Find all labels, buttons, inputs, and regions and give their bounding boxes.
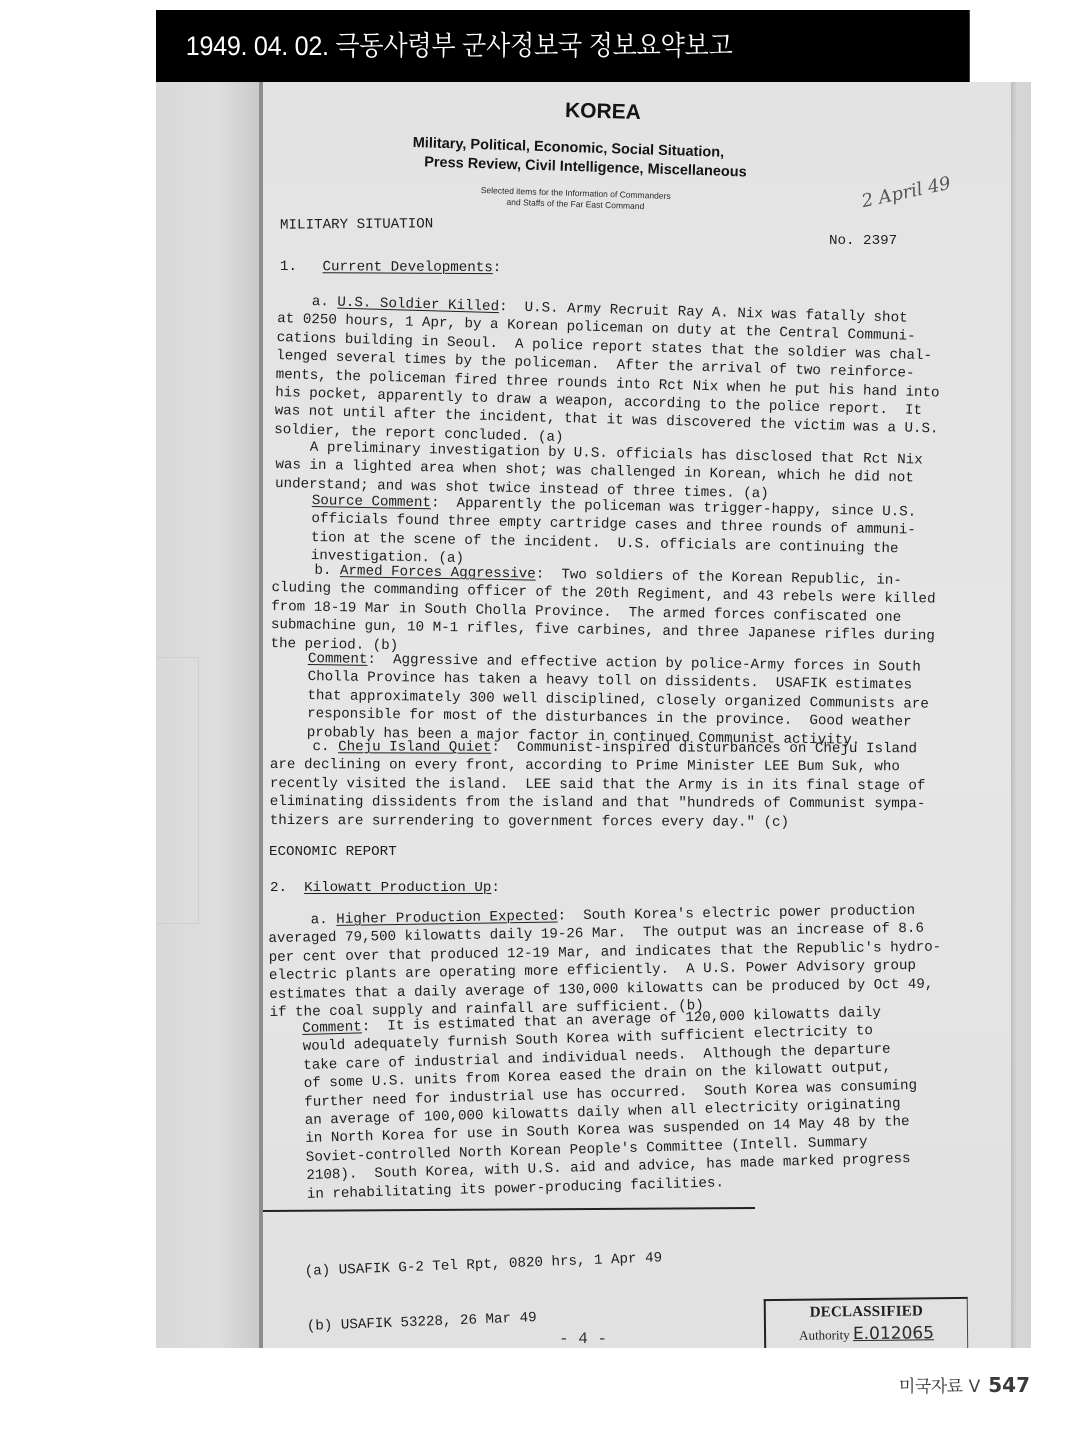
section-economic-report: ECONOMIC REPORT — [269, 843, 397, 861]
bleed-through-mark — [156, 657, 199, 924]
book-footer: 미국자료V547 — [899, 1372, 1030, 1397]
stamp-title: DECLASSIFIED — [766, 1303, 967, 1322]
page-title: 1949. 04. 02. 극동사령부 군사정보국 정보요약보고 — [186, 31, 733, 61]
distribution-note: Selected items for the Information of Co… — [480, 185, 671, 213]
page-title-bar: 1949. 04. 02. 극동사령부 군사정보국 정보요약보고 — [156, 10, 970, 82]
item-1c-paragraph: c. Cheju Island Quiet: Communist-inspire… — [270, 738, 926, 832]
item-1-heading: 1. Current Developments: — [280, 258, 501, 278]
item-2a-comment: Comment: It is estimated that an average… — [302, 1003, 920, 1204]
document-page-number: - 4 - — [559, 1330, 607, 1348]
declassified-stamp: DECLASSIFIED Authority E.012065 — [764, 1297, 969, 1348]
footnote-b: (b) USAFIK 53228, 26 Mar 49 — [307, 1304, 665, 1336]
document-number: No. 2397 — [829, 232, 897, 250]
footnotes: (a) USAFIK G-2 Tel Rpt, 0820 hrs, 1 Apr … — [303, 1212, 668, 1348]
stamp-authority: Authority E.012065 — [766, 1323, 967, 1345]
book-series: 미국자료 — [899, 1377, 963, 1397]
item-2-heading: 2. Kilowatt Production Up: — [270, 879, 500, 897]
right-page-edge — [1011, 82, 1031, 1348]
document-heading: KOREA — [565, 99, 641, 125]
item-1b-paragraph: b. Armed Forces Aggressive: Two soldiers… — [270, 561, 936, 665]
footnote-a: (a) USAFIK G-2 Tel Rpt, 0820 hrs, 1 Apr … — [304, 1249, 662, 1281]
book-volume: V — [969, 1377, 981, 1397]
item-1a-paragraph: a. U.S. Soldier Killed: U.S. Army Recrui… — [274, 292, 942, 458]
document-subheading: Military, Political, Economic, Social Si… — [412, 134, 748, 182]
footnote-divider — [263, 1207, 755, 1212]
handwritten-date: 2 April 49 — [860, 173, 953, 212]
document-paper: KOREA Military, Political, Economic, Soc… — [263, 82, 1011, 1348]
scanned-document: KOREA Military, Political, Economic, Soc… — [156, 82, 1031, 1348]
section-military-situation: MILITARY SITUATION — [280, 215, 433, 235]
book-page-number: 547 — [988, 1373, 1030, 1397]
left-page-edge — [156, 82, 259, 1348]
item-1b-comment: Comment: Aggressive and effective action… — [307, 650, 930, 751]
